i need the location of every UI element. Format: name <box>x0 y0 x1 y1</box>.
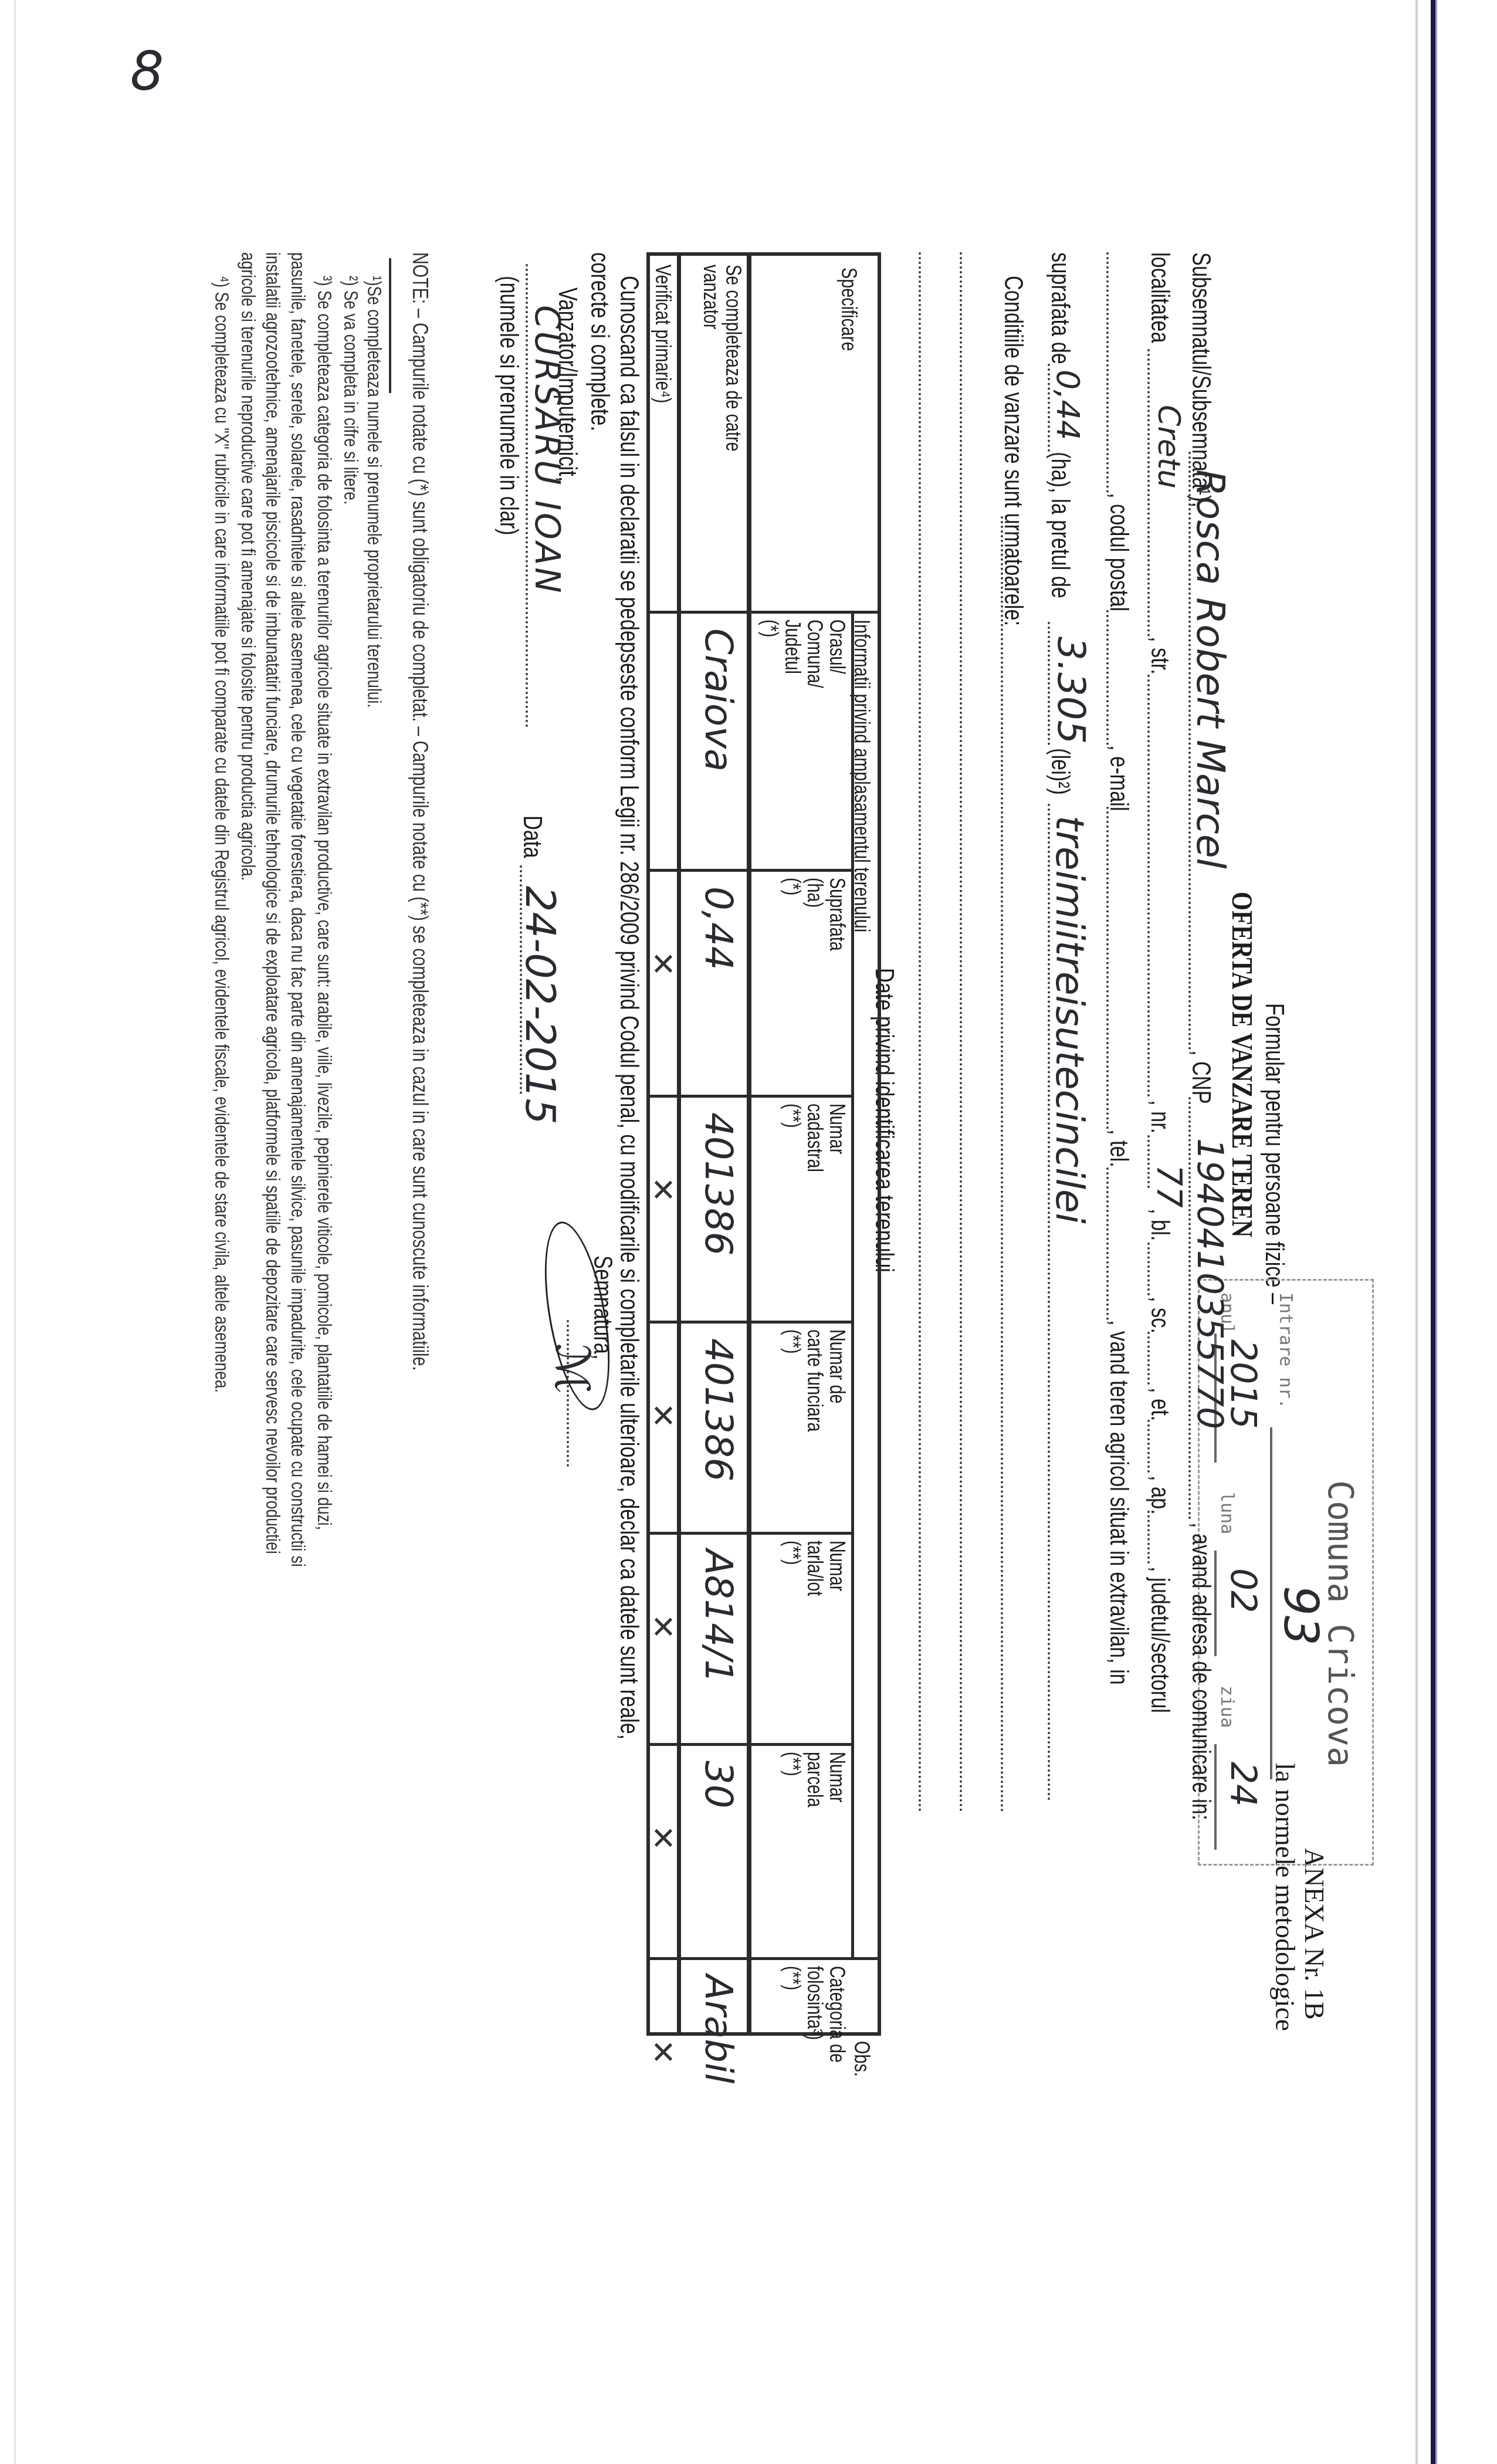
et-dots <box>1147 1420 1150 1473</box>
table-cell-value[interactable]: ✕ <box>645 951 680 977</box>
column-header: Obs. <box>851 2041 873 2077</box>
column-header: Suprafata (ha) (*) <box>781 878 848 951</box>
column-header: Orasul/ Comuna/ Judetul (*) <box>759 620 848 688</box>
pret-words-field[interactable]: treimiitreisutecincilei <box>1047 815 1092 1224</box>
declaration-text: Cunoscand ca falsul in declaratii se ped… <box>614 276 643 1739</box>
codul-postal-label: , codul postal <box>1104 493 1133 611</box>
note-item: agricole si terenurile neproductive care… <box>237 252 259 881</box>
tel-dots <box>1106 1167 1109 1320</box>
form-label: Formular pentru persoane fizice – <box>1259 1003 1289 1304</box>
table-cell-value[interactable]: 30 <box>696 1761 740 1808</box>
sc-dots <box>1147 1332 1150 1385</box>
pret-field[interactable]: 3.305 <box>1049 637 1092 744</box>
declaration-line1: Cunoscand ca falsul in declaratii se ped… <box>615 276 643 1739</box>
scan-margin-line-light <box>1415 0 1418 2464</box>
localitatea-label: localitatea <box>1145 252 1174 343</box>
bl-label: , bl. <box>1145 1209 1174 1241</box>
table-cell-value[interactable]: A814/1 <box>696 1549 740 1683</box>
vanzator-dots <box>526 264 528 727</box>
column-header: Numar tarla/lot (**) <box>781 1541 848 1596</box>
note-item: ²) Se va completa in cifre si litere. <box>340 276 362 505</box>
row-label: Se completeaza de catre vanzator <box>700 265 744 452</box>
table-hline <box>677 256 681 2032</box>
localitatea-field[interactable]: Cretu <box>1151 405 1186 489</box>
table-vline <box>646 1095 854 1098</box>
email-dots <box>1106 807 1109 1129</box>
tel-label: , tel. <box>1104 1129 1133 1167</box>
conditii-dots-1 <box>1001 516 1003 1813</box>
annex-title: ANEXA Nr. 1B <box>1299 1848 1330 2020</box>
table-vline <box>646 1743 854 1746</box>
table-cell-value[interactable]: ✕ <box>645 1614 680 1640</box>
judet-label: , judetul/sectorul <box>1145 1566 1174 1713</box>
table-vline <box>646 1957 878 1960</box>
declaration-line2: corecte si complete. <box>585 252 614 431</box>
stamp-reg-label: Intrare nr. <box>1275 1292 1296 1409</box>
column-header: Numar cadastral (**) <box>781 1104 848 1172</box>
note-item: ⁴) Se completeaza cu "X" rubricile in ca… <box>211 276 233 1393</box>
column-header: Numar de carte funciara (**) <box>781 1329 848 1431</box>
table-cell-value[interactable]: ✕ <box>645 1177 680 1203</box>
owner-name-field[interactable]: Rosca Robert Marcel <box>1188 469 1233 869</box>
stamp-reg-line <box>1270 1427 1272 1779</box>
stamp-day: 24 <box>1222 1762 1264 1806</box>
table-vline <box>646 1532 854 1535</box>
pret-words-dots <box>1048 804 1050 1801</box>
document-page: 8 ANEXA Nr. 1B la normele metodologice F… <box>0 0 1497 2464</box>
table-cell-value[interactable]: 401386 <box>696 1338 740 1481</box>
scan-left-edge <box>14 0 16 2464</box>
scan-margin-line <box>1431 0 1435 2464</box>
localitatea-dots <box>1147 349 1150 637</box>
row-label: Verificat primarie⁴) <box>652 265 674 403</box>
ap-dots <box>1147 1511 1150 1563</box>
stamp-reg-number: 93 <box>1274 1586 1328 1646</box>
table-cell-value[interactable]: ✕ <box>645 1403 680 1429</box>
str-dots <box>1147 675 1150 1097</box>
conditii-dots-2 <box>960 252 962 1813</box>
table-hline <box>851 611 854 1957</box>
stamp-day-label: ziua <box>1217 1685 1237 1728</box>
cnp-field[interactable]: 1940410355770 <box>1189 1138 1230 1429</box>
note-item: instalatii agrozootehnice, amenajarile p… <box>262 252 284 1554</box>
nr-field[interactable]: 77 <box>1149 1165 1189 1208</box>
note-item: pasunile, fanetele, serele, solarele, ra… <box>287 252 309 1567</box>
codul-postal-dots <box>1106 610 1109 745</box>
table-cell-value[interactable]: 401386 <box>696 1112 740 1255</box>
row-header-specificare: Specificare <box>838 268 860 351</box>
conditii-dots-3 <box>919 252 921 1813</box>
numele-label: (numele si prenumele in clar) <box>494 276 523 536</box>
suprafata-field[interactable]: 0,44 <box>1049 370 1086 440</box>
page-mark: 8 <box>130 41 164 103</box>
str-label: , str. <box>1145 637 1174 675</box>
ap-label: , ap. <box>1145 1475 1174 1515</box>
data-label: Data <box>517 815 547 858</box>
cnp-label: , CNP <box>1186 1050 1215 1104</box>
form-title: OFERTA DE VANZARE TEREN <box>1225 892 1259 1237</box>
stamp-month: 02 <box>1222 1568 1264 1613</box>
table-vline <box>646 1321 854 1324</box>
land-identification-table: Specificare Informatii privind amplasame… <box>646 252 881 2036</box>
email-label: , e-mail <box>1104 745 1133 811</box>
column-header: Numar parcela (**) <box>781 1752 848 1807</box>
notes-rule <box>389 258 391 393</box>
notes-header: NOTE: – Campurile notate cu (*) sunt obl… <box>408 252 432 1371</box>
table-cell-value[interactable]: Craiova <box>696 628 740 771</box>
column-header: Categoria de folosinta³) (**) <box>781 1966 848 2063</box>
address-label: , avand adresa de comunicare in: <box>1186 1522 1215 1820</box>
table-cell-value[interactable]: ✕ <box>645 2039 680 2065</box>
et-label: , et. <box>1145 1387 1174 1421</box>
sc-label: , sc. <box>1145 1297 1174 1333</box>
table-cell-value[interactable]: ✕ <box>645 1825 680 1851</box>
table-cell-value[interactable]: 0,44 <box>696 886 740 970</box>
table-vline <box>646 611 878 614</box>
table-hline <box>747 256 751 2032</box>
judet-dots <box>1106 252 1109 493</box>
table-cell-value[interactable]: Arabil <box>696 1975 740 2084</box>
data-field[interactable]: 24-02-2015 <box>516 886 564 1125</box>
nr-label: , nr. <box>1145 1100 1174 1133</box>
stamp-month-label: luna <box>1217 1492 1237 1534</box>
signature-mark: ℳ <box>545 1343 600 1394</box>
note-item: ¹)Se completeaza numele si prenumele pro… <box>363 276 385 708</box>
vand-label: , vand teren agricol situat in extravila… <box>1104 1320 1133 1685</box>
note-item: ³) Se completeaza categoria de folosinta… <box>313 276 336 1530</box>
suprafata-label: suprafata de <box>1045 252 1075 364</box>
table-vline <box>646 869 854 872</box>
bl-dots <box>1147 1243 1150 1295</box>
ha-label: (ha), la pretul de <box>1045 452 1075 598</box>
vanzator-name-field[interactable]: CURSARU IOAN <box>527 305 567 595</box>
lei-label: (lei)²) <box>1045 748 1075 795</box>
